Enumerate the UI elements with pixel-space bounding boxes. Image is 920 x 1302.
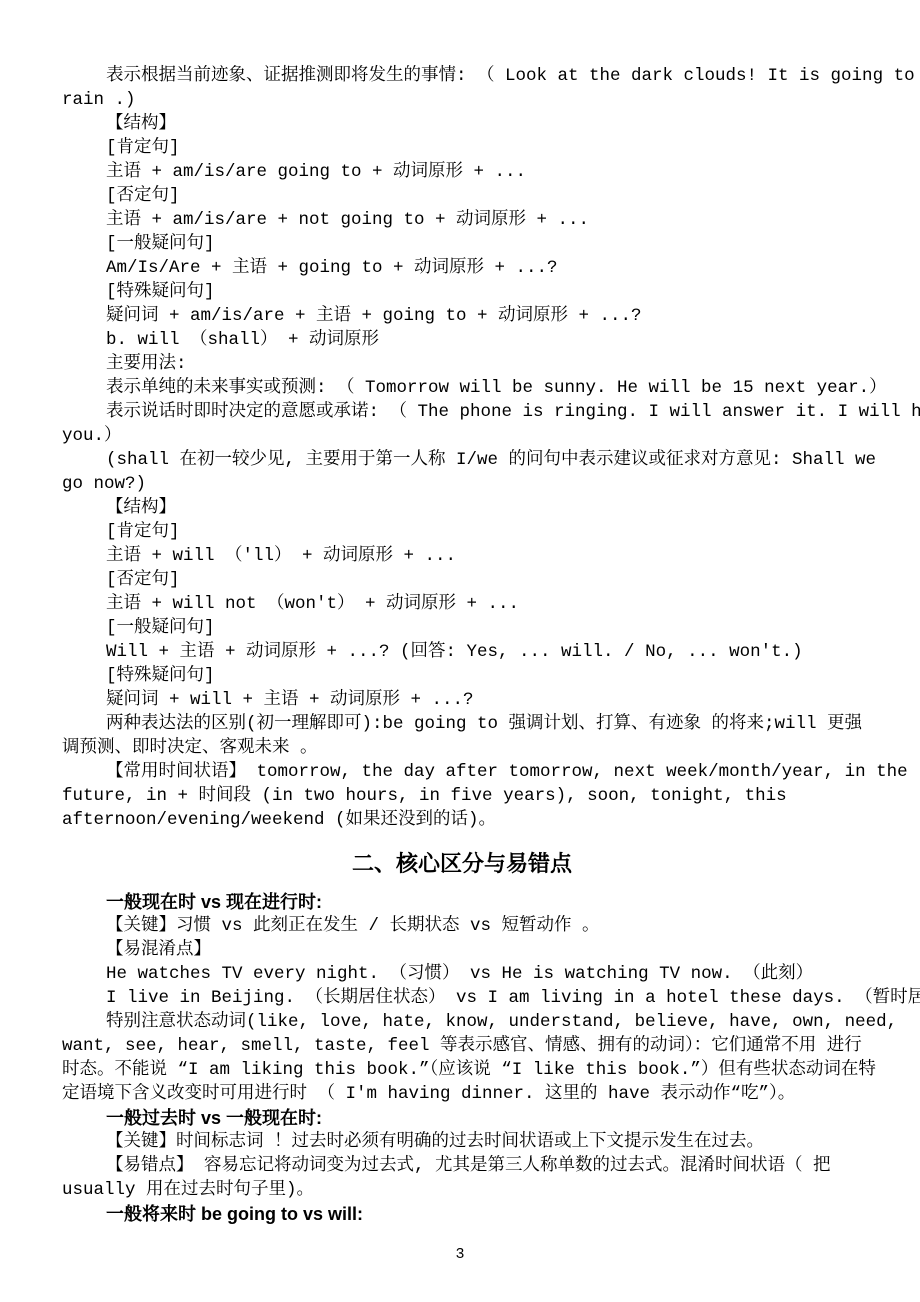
document-content: 表示根据当前迹象、证据推测即将发生的事情: （ Look at the dark… [62,64,862,1226]
text-line: [肯定句] [62,136,862,160]
text-line: Am/Is/Are + 主语 + going to + 动词原形 + ...? [62,256,862,280]
text-line: 【关键】习惯 vs 此刻正在发生 / 长期状态 vs 短暂动作 。 [62,914,862,938]
text-line: want, see, hear, smell, taste, feel 等表示感… [62,1034,862,1058]
text-line: [特殊疑问句] [62,664,862,688]
text-line: usually 用在过去时句子里)。 [62,1178,862,1202]
text-line: 时态。不能说 “I am liking this book.”（应该说 “I l… [62,1058,862,1082]
text-line: 调预测、即时决定、客观未来 。 [62,736,862,760]
text-line: Will + 主语 + 动词原形 + ...? (回答: Yes, ... wi… [62,640,862,664]
text-line: 【关键】时间标志词 ！过去时必须有明确的过去时间状语或上下文提示发生在过去。 [62,1130,862,1154]
text-line: [特殊疑问句] [62,280,862,304]
text-line: 【结构】 [62,496,862,520]
text-line: you.） [62,424,862,448]
subsection-heading: 一般现在时 vs 现在进行时: [62,890,862,914]
text-line: (shall 在初一较少见, 主要用于第一人称 I/we 的问句中表示建议或征求… [62,448,862,472]
text-line: 疑问词 + will + 主语 + 动词原形 + ...? [62,688,862,712]
text-line: 定语境下含义改变时可用进行时 （ I'm having dinner. 这里的 … [62,1082,862,1106]
text-line: I live in Beijing. （长期居住状态） vs I am livi… [62,986,862,1010]
text-line: 主语 + am/is/are going to + 动词原形 + ... [62,160,862,184]
text-line: future, in + 时间段 (in two hours, in five … [62,784,862,808]
text-line: afternoon/evening/weekend (如果还没到的话)。 [62,808,862,832]
text-line: go now?) [62,472,862,496]
text-line: 主语 + will （'ll） + 动词原形 + ... [62,544,862,568]
subsection-heading: 一般过去时 vs 一般现在时: [62,1106,862,1130]
text-line: [否定句] [62,184,862,208]
text-line: 两种表达法的区别(初一理解即可):be going to 强调计划、打算、有迹象… [62,712,862,736]
subsection-heading: 一般将来时 be going to vs will: [62,1202,862,1226]
text-line: [否定句] [62,568,862,592]
text-line: 【易错点】 容易忘记将动词变为过去式, 尤其是第三人称单数的过去式。混淆时间状语… [62,1154,862,1178]
section-title: 二、核心区分与易错点 [62,850,862,878]
text-line: 表示说话时即时决定的意愿或承诺: （ The phone is ringing.… [62,400,862,424]
text-line: 主语 + will not （won't） + 动词原形 + ... [62,592,862,616]
text-line: 主要用法: [62,352,862,376]
text-line: 【易混淆点】 [62,938,862,962]
text-line: 表示根据当前迹象、证据推测即将发生的事情: （ Look at the dark… [62,64,862,88]
text-line: rain .) [62,88,862,112]
text-line: 表示单纯的未来事实或预测: （ Tomorrow will be sunny. … [62,376,862,400]
text-line: He watches TV every night. （习惯） vs He is… [62,962,862,986]
text-line: b. will （shall） + 动词原形 [62,328,862,352]
text-line: [一般疑问句] [62,616,862,640]
text-line: 主语 + am/is/are + not going to + 动词原形 + .… [62,208,862,232]
text-line: [肯定句] [62,520,862,544]
text-line: 特别注意状态动词(like, love, hate, know, underst… [62,1010,862,1034]
text-line: [一般疑问句] [62,232,862,256]
text-line: 【结构】 [62,112,862,136]
document-page: 表示根据当前迹象、证据推测即将发生的事情: （ Look at the dark… [0,0,920,1302]
page-number: 3 [0,1246,920,1264]
text-line: 疑问词 + am/is/are + 主语 + going to + 动词原形 +… [62,304,862,328]
text-line: 【常用时间状语】 tomorrow, the day after tomorro… [62,760,862,784]
